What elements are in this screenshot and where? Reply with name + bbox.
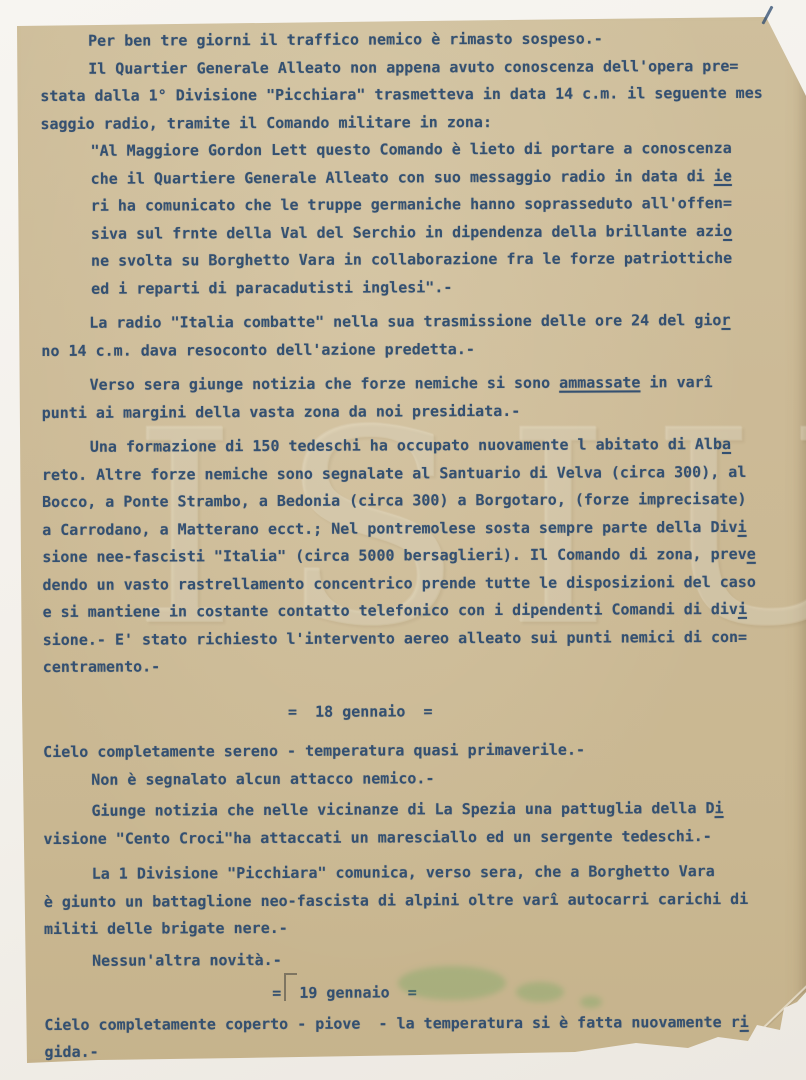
text-line: punti ai margini della vasta zona da noi… xyxy=(42,396,794,427)
text-line: Cielo completamente sereno - temperatura… xyxy=(43,736,795,767)
text-line: saggio radio, tramite il Comando militar… xyxy=(40,107,792,138)
text-line: La radio "Italia combatte" nella sua tra… xyxy=(89,307,793,338)
text-line: Non è segnalato alcun attacco nemico.- xyxy=(91,763,795,794)
text-line: Giunge notizia che nelle vicinanze di La… xyxy=(91,795,795,826)
text-line: ri ha comunicato che le truppe germanich… xyxy=(91,190,793,221)
text-line: gida.- xyxy=(44,1036,796,1067)
green-pencil-smudge xyxy=(580,996,602,1008)
text-line: La 1 Divisione "Picchiara" comunica, ver… xyxy=(92,858,796,889)
text-line: che il Quartiere Generale Alleato con su… xyxy=(91,162,793,193)
text-line: centramento.- xyxy=(43,651,795,682)
text-line: Per ben tre giorni il traffico nemico è … xyxy=(88,25,792,56)
text-line: reto. Altre forze nemiche sono segnalate… xyxy=(42,458,794,489)
text-line: siva sul frnte della Val del Serchio in … xyxy=(91,217,793,248)
text-line: visione "Cento Croci"ha attaccati un mar… xyxy=(43,822,795,853)
text-line: Il Quartier Generale Alleato non appena … xyxy=(88,52,792,83)
text-line: e si mantiene in costante contatto telef… xyxy=(42,596,794,627)
text-line: Una formazione di 150 tedeschi ha occupa… xyxy=(90,431,794,462)
pencil-bracket-mark xyxy=(284,973,297,1001)
green-pencil-smudge xyxy=(398,966,506,1000)
text-line: a Carrodano, a Matterano ecct.; Nel pont… xyxy=(42,513,794,544)
text-line: Verso sera giunge notizia che forze nemi… xyxy=(90,369,794,400)
text-line: è giunto un battaglione neo-fascista di … xyxy=(44,885,796,916)
text-line: no 14 c.m. dava resoconto dell'azione pr… xyxy=(41,334,793,365)
text-line: Cielo completamente coperto - piove - la… xyxy=(44,1008,796,1039)
section-heading: = 18 gennaio = xyxy=(288,696,795,726)
text-line: ed i reparti di paracadutisti inglesi".- xyxy=(91,272,793,303)
document-text: Per ben tre giorni il traffico nemico è … xyxy=(40,25,797,1067)
text-line: ne svolta su Borghetto Vara in collabora… xyxy=(91,245,793,276)
text-line: Bocco, a Ponte Strambo, a Bedonia (circa… xyxy=(42,486,794,517)
text-line: sione nee-fascisti "Italia" (circa 5000 … xyxy=(42,541,794,572)
text-line: "Al Maggiore Gordon Lett questo Comando … xyxy=(90,135,792,166)
text-line: sione.- E' stato richiesto l'intervento … xyxy=(43,623,795,654)
green-pencil-smudge xyxy=(516,982,564,1002)
scan-background: ISIU Per ben tre giorni il traffico nemi… xyxy=(0,0,806,1080)
text-line: dendo un vasto rastrellamento concentric… xyxy=(42,568,794,599)
text-line: stata dalla 1° Divisione "Picchiara" tra… xyxy=(40,80,792,111)
text-line: militi delle brigate nere.- xyxy=(44,913,796,944)
